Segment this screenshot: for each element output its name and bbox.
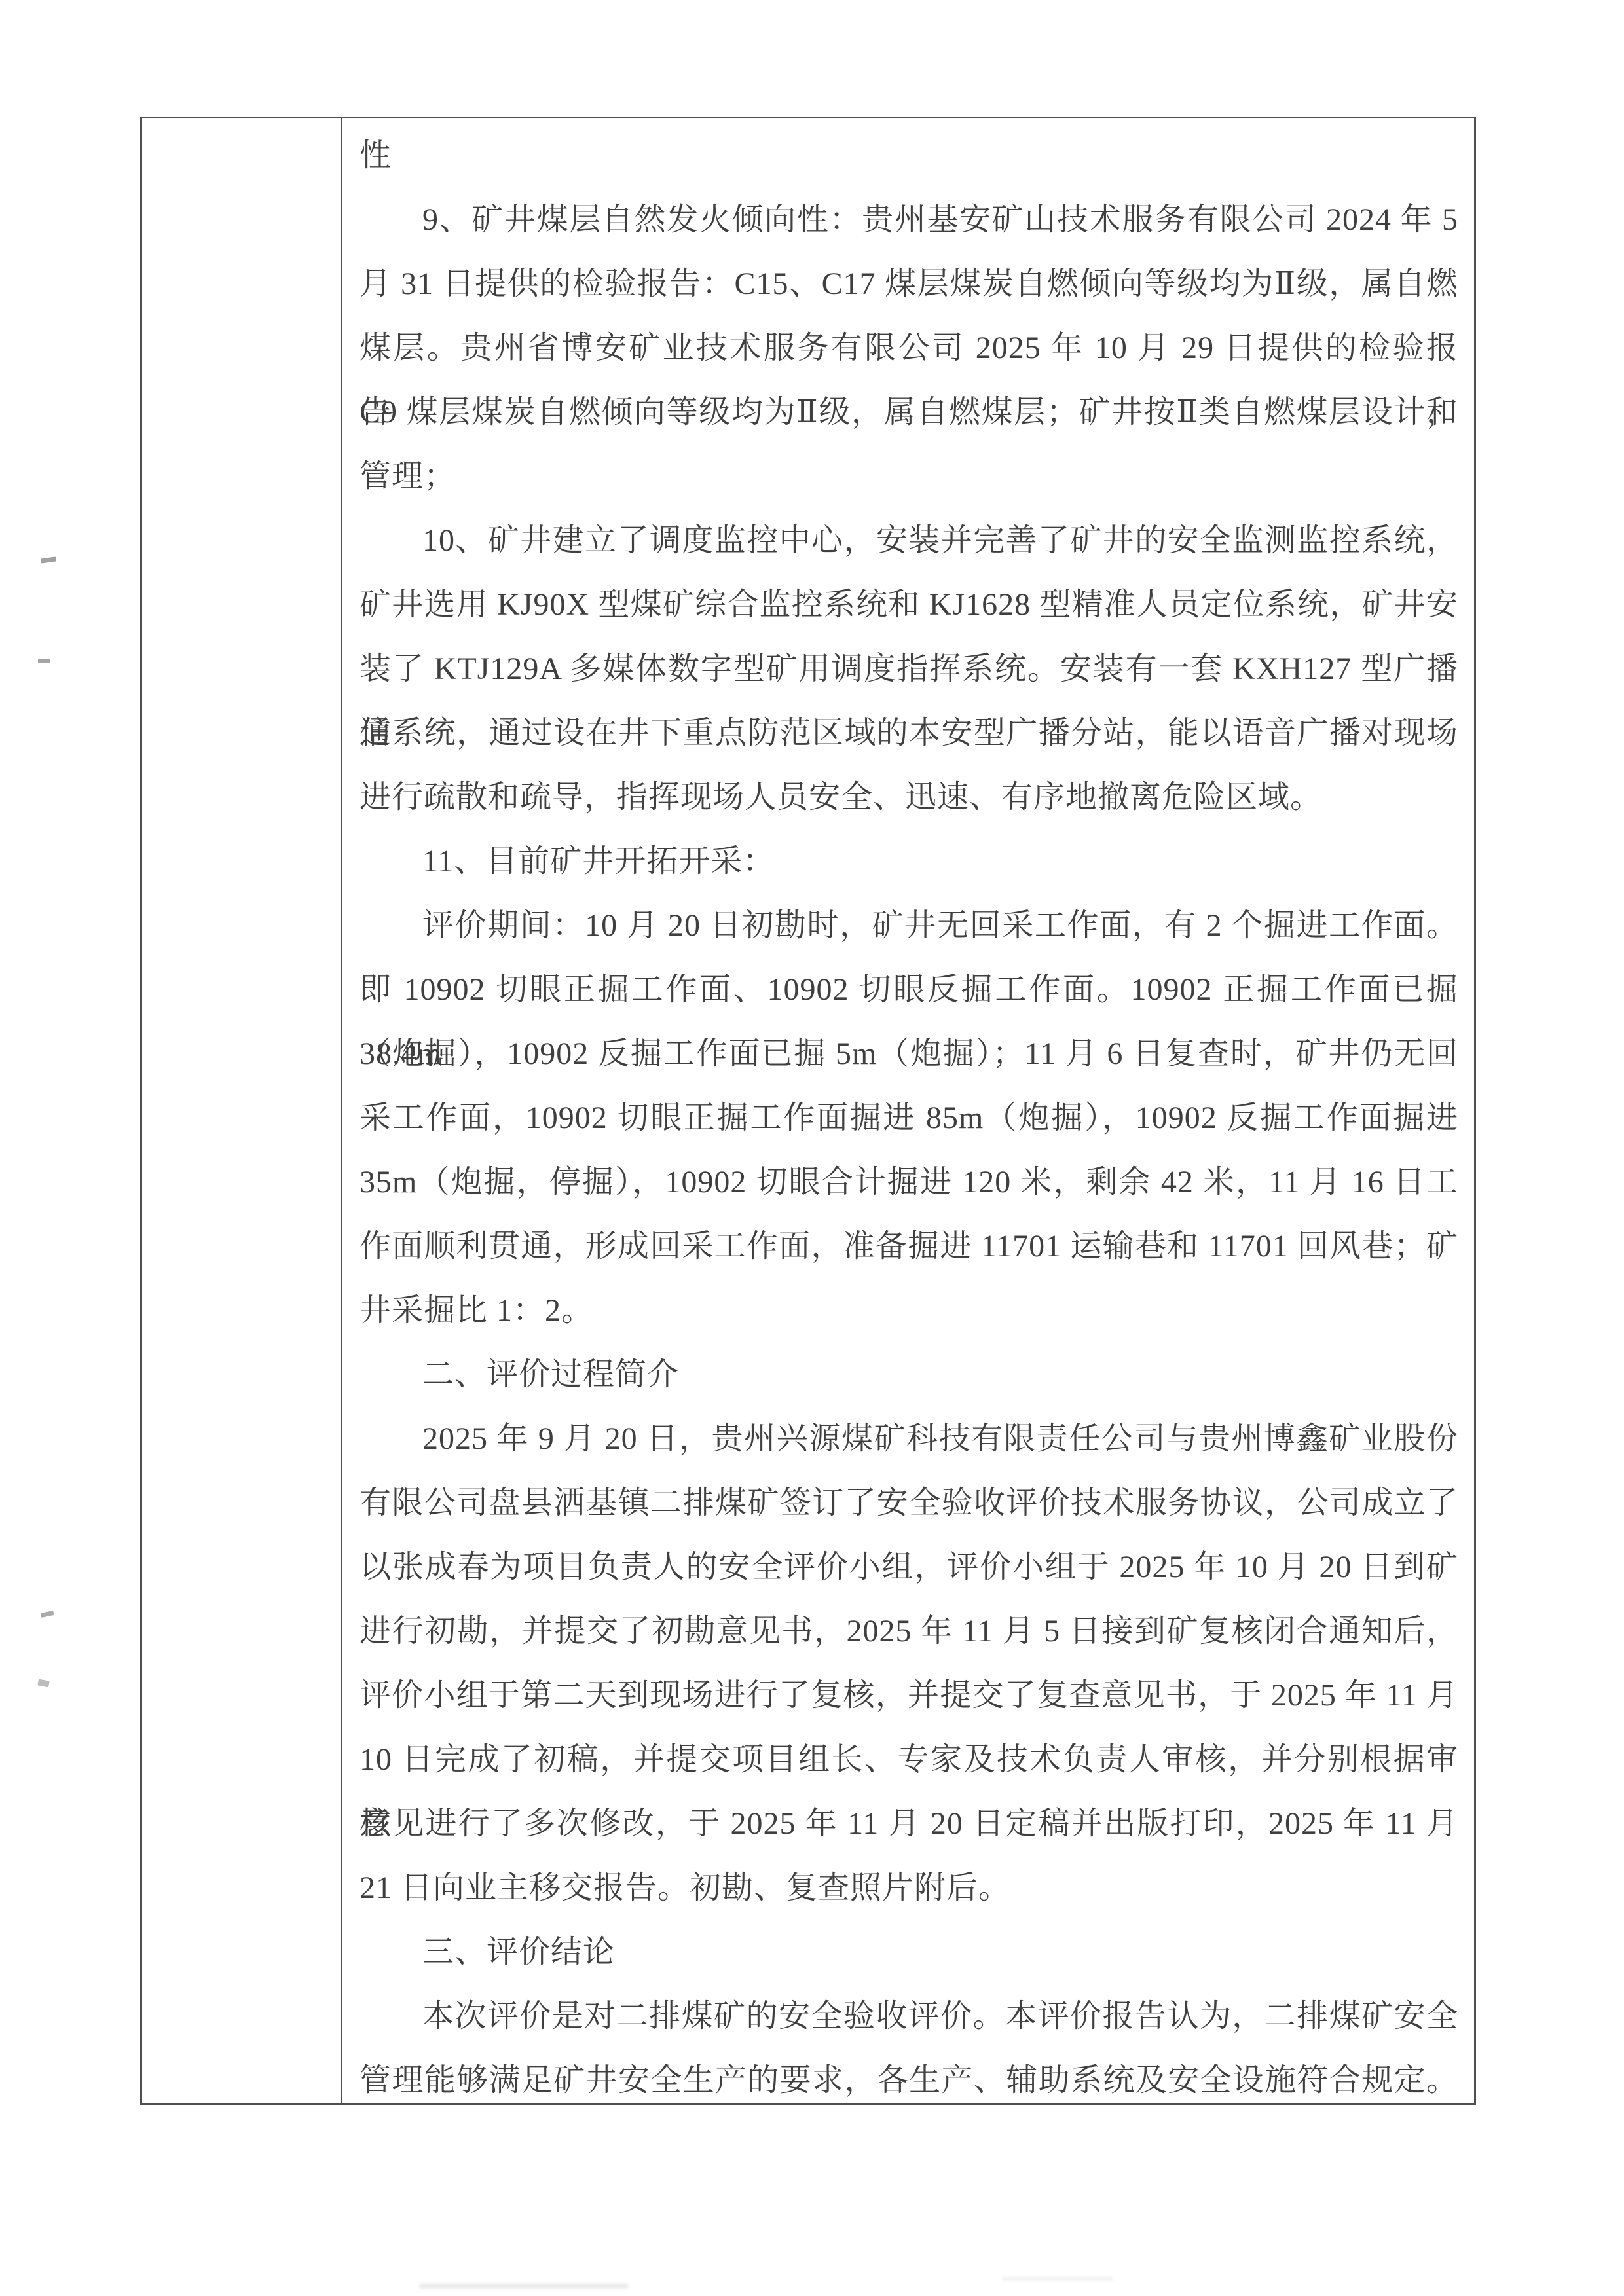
- scanned-document-page: 性9、矿井煤层自然发火倾向性：贵州基安矿山技术服务有限公司 2024 年 5月 …: [0, 0, 1624, 2296]
- text-line: 9、矿井煤层自然发火倾向性：贵州基安矿山技术服务有限公司 2024 年 5: [360, 188, 1458, 252]
- text-line: 有限公司盘县洒基镇二排煤矿签订了安全验收评价技术服务协议，公司成立了: [360, 1471, 1458, 1535]
- text-line: 管理能够满足矿井安全生产的要求，各生产、辅助系统及安全设施符合规定。: [360, 2049, 1458, 2103]
- text-line: 月 31 日提供的检验报告：C15、C17 煤层煤炭自燃倾向等级均为Ⅱ级，属自燃: [360, 252, 1458, 316]
- text-line: 11、目前矿井开拓开采：: [360, 829, 1458, 894]
- text-line: 35m（炮掘，停掘），10902 切眼合计掘进 120 米，剩余 42 米，11…: [360, 1150, 1458, 1214]
- text-line: 10 日完成了初稿，并提交项目组长、专家及技术负责人审核，并分别根据审核: [360, 1728, 1458, 1792]
- text-line: 进行初勘，并提交了初勘意见书，2025 年 11 月 5 日接到矿复核闭合通知后…: [360, 1599, 1458, 1664]
- text-line: 采工作面，10902 切眼正掘工作面掘进 85m（炮掘），10902 反掘工作面…: [360, 1086, 1458, 1150]
- text-line: 管理；: [360, 445, 1458, 509]
- text-column: 性9、矿井煤层自然发火倾向性：贵州基安矿山技术服务有限公司 2024 年 5月 …: [342, 118, 1474, 2103]
- text-line: 评价小组于第二天到现场进行了复核，并提交了复查意见书，于 2025 年 11 月: [360, 1664, 1458, 1728]
- text-line: 三、评价结论: [360, 1920, 1458, 1984]
- text-line: 21 日向业主移交报告。初勘、复查照片附后。: [360, 1856, 1458, 1920]
- text-line: C9 煤层煤炭自燃倾向等级均为Ⅱ级，属自燃煤层；矿井按Ⅱ类自燃煤层设计和: [360, 380, 1458, 445]
- margin-pencil-mark: [38, 659, 50, 663]
- text-line: 评价期间：10 月 20 日初勘时，矿井无回采工作面，有 2 个掘进工作面。: [360, 894, 1458, 958]
- text-line: 信系统，通过设在井下重点防范区域的本安型广播分站，能以语音广播对现场: [360, 701, 1458, 765]
- text-line: 以张成春为项目负责人的安全评价小组，评价小组于 2025 年 10 月 20 日…: [360, 1535, 1458, 1599]
- text-line: 即 10902 切眼正掘工作面、10902 切眼反掘工作面。10902 正掘工作…: [360, 958, 1458, 1022]
- margin-pencil-mark: [37, 1679, 49, 1688]
- text-line: （炮掘），10902 反掘工作面已掘 5m（炮掘）；11 月 6 日复查时，矿井…: [360, 1022, 1458, 1086]
- table-left-column-empty: [142, 118, 341, 2103]
- text-line: 装了 KTJ129A 多媒体数字型矿用调度指挥系统。安装有一套 KXH127 型…: [360, 637, 1458, 701]
- text-line: 煤层。贵州省博安矿业技术服务有限公司 2025 年 10 月 29 日提供的检验…: [360, 316, 1458, 380]
- margin-pencil-mark: [40, 1611, 54, 1618]
- text-line: 井采掘比 1：2。: [360, 1279, 1458, 1343]
- report-table: 性9、矿井煤层自然发火倾向性：贵州基安矿山技术服务有限公司 2024 年 5月 …: [140, 117, 1476, 2105]
- text-line: 10、矿井建立了调度监控中心，安装并完善了矿井的安全监测监控系统，: [360, 509, 1458, 573]
- text-line: 二、评价过程简介: [360, 1343, 1458, 1407]
- text-line: 意见进行了多次修改，于 2025 年 11 月 20 日定稿并出版打印，2025…: [360, 1792, 1458, 1856]
- scan-smudge: [419, 2284, 629, 2289]
- text-line: 性: [360, 124, 1458, 188]
- scan-smudge: [1002, 2277, 1113, 2281]
- text-line: 作面顺利贯通，形成回采工作面，准备掘进 11701 运输巷和 11701 回风巷…: [360, 1214, 1458, 1279]
- text-line: 进行疏散和疏导，指挥现场人员安全、迅速、有序地撤离危险区域。: [360, 765, 1458, 829]
- text-line: 矿井选用 KJ90X 型煤矿综合监控系统和 KJ1628 型精准人员定位系统，矿…: [360, 573, 1458, 637]
- text-line: 2025 年 9 月 20 日，贵州兴源煤矿科技有限责任公司与贵州博鑫矿业股份: [360, 1407, 1458, 1471]
- margin-pencil-mark: [41, 556, 57, 563]
- text-line: 本次评价是对二排煤矿的安全验收评价。本评价报告认为，二排煤矿安全: [360, 1984, 1458, 2049]
